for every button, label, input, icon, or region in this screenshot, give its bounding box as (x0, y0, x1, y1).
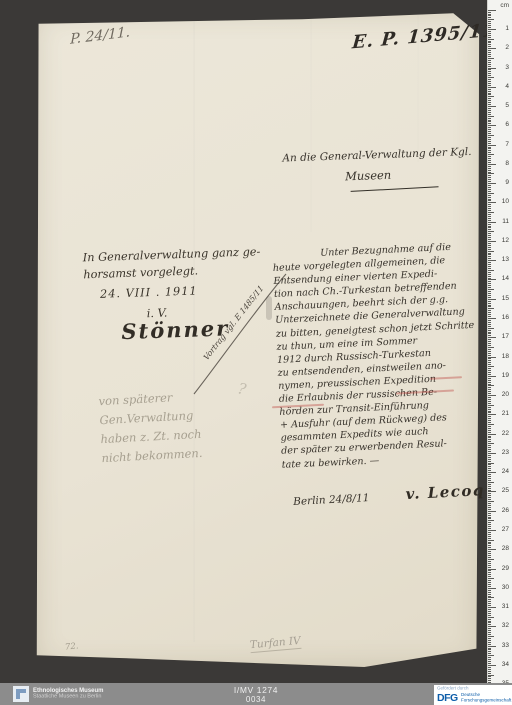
ruler-tick (488, 545, 492, 546)
ruler-tick (488, 249, 492, 250)
ruler-tick (488, 37, 492, 38)
ruler-tick (488, 68, 496, 69)
ruler-tick (488, 94, 492, 95)
ruler-tick (488, 310, 492, 311)
ruler-tick (488, 48, 496, 49)
ruler-tick (488, 590, 492, 591)
ruler-tick (488, 389, 492, 390)
ruler-tick (488, 349, 492, 350)
ruler-tick (488, 237, 492, 238)
ruler-tick (488, 322, 492, 323)
ruler-tick (488, 638, 492, 639)
ruler-number: 15 (502, 295, 509, 303)
ruler-tick (488, 416, 492, 417)
ruler-tick (488, 64, 492, 65)
ruler-number: 13 (502, 256, 509, 264)
ruler-tick (488, 567, 492, 568)
ruler-tick (488, 596, 492, 597)
ruler-tick (488, 214, 492, 215)
dfg-funding-box: Gefördert durch DFG Deutsche Forschungsg… (434, 685, 512, 705)
ruler-tick (488, 330, 492, 331)
ruler-tick (488, 611, 492, 612)
ruler-tick (488, 318, 496, 319)
ruler-tick (488, 351, 492, 352)
ruler-tick (488, 676, 492, 677)
ruler-tick (488, 447, 492, 448)
ruler-number: 2 (505, 44, 509, 52)
ruler-tick (488, 478, 492, 479)
ruler-tick (488, 480, 492, 481)
ruler-tick (488, 287, 492, 288)
ruler-tick (488, 678, 492, 679)
ruler-tick (488, 44, 492, 45)
ruler-tick (488, 586, 492, 587)
ruler-tick (488, 293, 492, 294)
ruler-tick (488, 518, 492, 519)
ruler-tick (488, 71, 492, 72)
ruler-number: 18 (502, 353, 509, 361)
ruler-tick (488, 162, 492, 163)
ruler-tick (488, 380, 492, 381)
ruler-tick (488, 626, 496, 627)
ruler-tick (488, 297, 492, 298)
ruler-tick (488, 663, 492, 664)
ruler-tick (488, 121, 492, 122)
ruler-tick (488, 179, 492, 180)
ruler-number: 9 (505, 179, 509, 187)
ruler-tick (488, 73, 492, 74)
ruler-tick (488, 411, 492, 412)
ruler-tick (488, 253, 492, 254)
ruler-number: 19 (502, 372, 509, 380)
ruler-tick (488, 266, 492, 267)
ruler-tick (488, 208, 492, 209)
ruler-number: 24 (502, 468, 509, 476)
ruler-tick (488, 306, 492, 307)
ruler-tick (488, 374, 492, 375)
ruler-tick (488, 561, 492, 562)
ruler-tick (488, 141, 492, 142)
ruler-tick (488, 127, 492, 128)
ruler-tick (488, 339, 492, 340)
ruler-tick (488, 517, 492, 518)
ruler-tick (488, 276, 492, 277)
ruler-tick (488, 69, 492, 70)
ruler-tick (488, 285, 492, 286)
page-number-pencil: 72. (65, 641, 80, 652)
ruler-tick (488, 91, 492, 92)
ruler-tick (488, 451, 492, 452)
ruler-tick (488, 23, 492, 24)
ruler-tick (488, 75, 492, 76)
ruler-tick (488, 372, 492, 373)
ruler-tick (488, 279, 496, 280)
ruler-tick (488, 56, 492, 57)
ruler-tick (488, 89, 492, 90)
ruler-tick (488, 667, 492, 668)
ruler-tick (488, 224, 492, 225)
ruler-tick (488, 532, 492, 533)
ruler-tick (488, 569, 496, 570)
ruler-tick (488, 347, 494, 348)
ruler-tick (488, 470, 492, 471)
ruler-tick (488, 114, 492, 115)
ruler-tick (488, 622, 492, 623)
ruler-tick (488, 387, 492, 388)
ruler-tick (488, 289, 494, 290)
ruler-tick (488, 158, 492, 159)
ruler-tick (488, 41, 492, 42)
ruler-tick (488, 125, 496, 126)
ruler-tick (488, 108, 492, 109)
ruler-tick (488, 27, 492, 28)
ruler-tick (488, 565, 492, 566)
ruler-tick (488, 426, 492, 427)
ruler-tick (488, 397, 492, 398)
ruler-tick (488, 466, 492, 467)
ruler-tick (488, 493, 492, 494)
ruler-tick (488, 364, 492, 365)
ruler-tick (488, 152, 492, 153)
ruler-tick (488, 274, 492, 275)
ruler-number: 33 (502, 642, 509, 650)
ruler-tick (488, 449, 492, 450)
ruler-tick (488, 62, 492, 63)
ruler-tick (488, 580, 492, 581)
ruler-tick (488, 175, 492, 176)
ruler-tick (488, 509, 492, 510)
ruler-number: 32 (502, 622, 509, 630)
ruler-tick (488, 441, 492, 442)
ruler-tick (488, 588, 496, 589)
ruler-tick (488, 536, 492, 537)
ruler-tick (488, 332, 492, 333)
ruler-tick (488, 204, 492, 205)
ruler-tick (488, 254, 492, 255)
ruler-tick (488, 46, 492, 47)
ruler-number: 3 (505, 64, 509, 72)
ruler-tick (488, 395, 496, 396)
ruler-tick (488, 653, 492, 654)
pencil-note-block: von spätererGen.Verwaltunghaben z. Zt. n… (98, 384, 262, 468)
letter-body: Unter Bezugnahme auf dieheute vorgelegte… (272, 239, 497, 471)
ruler-number: 31 (502, 603, 509, 611)
ruler-tick (488, 428, 492, 429)
ruler-tick (488, 120, 492, 121)
ruler-tick (488, 559, 494, 560)
ruler-tick (488, 401, 492, 402)
ruler-tick (488, 301, 492, 302)
ruler-tick (488, 85, 492, 86)
ruler-tick (488, 200, 492, 201)
ruler-tick (488, 636, 494, 637)
ruler-tick (488, 150, 492, 151)
ruler-tick (488, 376, 496, 377)
ruler-tick (488, 233, 492, 234)
ruler-tick (488, 235, 492, 236)
ruler-tick (488, 439, 492, 440)
ruler-tick (488, 222, 496, 223)
ruler-tick (488, 335, 492, 336)
ruler-tick (488, 247, 492, 248)
ruler-tick (488, 524, 492, 525)
ruler-number: 29 (502, 565, 509, 573)
ruler-tick (488, 358, 492, 359)
ruler-tick (488, 15, 492, 16)
ruler-tick (488, 642, 492, 643)
ruler-tick (488, 262, 492, 263)
ruler-tick (488, 216, 492, 217)
ruler-number: 22 (502, 430, 509, 438)
ruler-tick (488, 166, 492, 167)
ruler-tick (488, 256, 492, 257)
ruler-tick (488, 599, 492, 600)
dfg-name: Deutsche Forschungsgemeinschaft (461, 693, 511, 703)
ruler-tick (488, 21, 492, 22)
ruler-tick (488, 168, 492, 169)
ruler-tick (488, 530, 496, 531)
ruler-tick (488, 295, 492, 296)
ruler-tick (488, 326, 492, 327)
ruler-tick (488, 241, 496, 242)
ruler-tick (488, 291, 492, 292)
ruler-tick (488, 617, 494, 618)
ruler-tick (488, 557, 492, 558)
ruler-tick (488, 202, 496, 203)
ruler-tick (488, 337, 496, 338)
ruler-tick (488, 10, 496, 11)
ruler-tick (488, 646, 496, 647)
ruler-tick (488, 673, 492, 674)
ruler-tick (488, 409, 492, 410)
ruler-tick (488, 14, 492, 15)
ruler-number: 23 (502, 449, 509, 457)
ruler-tick (488, 522, 492, 523)
ruler-tick (488, 495, 492, 496)
ruler-tick (488, 160, 492, 161)
ruler-tick (488, 353, 492, 354)
ruler-tick (488, 511, 496, 512)
ruler-tick (488, 476, 492, 477)
ruler-tick (488, 283, 492, 284)
ruler-tick (488, 173, 494, 174)
ruler-tick (488, 418, 492, 419)
ruler-tick (488, 118, 492, 119)
ruler-number: 34 (502, 661, 509, 669)
ruler-tick (488, 35, 492, 36)
ruler-tick (488, 445, 492, 446)
ruler-tick (488, 54, 492, 55)
ruler-tick (488, 497, 492, 498)
ruler-tick (488, 131, 492, 132)
ruler-tick (488, 172, 492, 173)
ruler-tick (488, 308, 494, 309)
ruler-tick (488, 615, 492, 616)
ruler-tick (488, 52, 492, 53)
dateline: Berlin 24/8/11 (293, 492, 370, 508)
ruler-tick (488, 357, 496, 358)
ruler-tick (488, 270, 494, 271)
ruler-number: 21 (502, 410, 509, 418)
ruler-number: 11 (502, 218, 509, 226)
ruler-tick (488, 621, 492, 622)
ruler-tick (488, 555, 492, 556)
ruler-tick (488, 31, 492, 32)
ruler-tick (488, 66, 492, 67)
ruler-tick (488, 384, 492, 385)
underline-flourish (351, 186, 439, 192)
ruler-tick (488, 243, 492, 244)
ruler-tick (488, 193, 494, 194)
ruler-tick (488, 613, 492, 614)
ruler-tick (488, 98, 492, 99)
ruler-tick (488, 181, 492, 182)
ruler-tick (488, 553, 492, 554)
ruler-tick (488, 520, 494, 521)
ruler-tick (488, 195, 492, 196)
ruler-tick (488, 603, 492, 604)
ruler-tick (488, 110, 492, 111)
ruler-tick (488, 609, 492, 610)
ruler-number: 28 (502, 545, 509, 553)
ruler-tick (488, 264, 492, 265)
ruler-tick (488, 272, 492, 273)
ruler-number: 7 (505, 141, 509, 149)
address-block: An die General-Verwaltung der Kgl. Musee… (282, 146, 484, 200)
ruler-tick (488, 378, 492, 379)
ruler-tick (488, 245, 492, 246)
ruler-tick (488, 424, 494, 425)
ruler-tick (488, 601, 492, 602)
ruler-tick (488, 112, 492, 113)
ruler: cm 1234567891011121314151617181920212223… (487, 0, 512, 705)
ruler-tick (488, 355, 492, 356)
ruler-tick (488, 210, 492, 211)
ruler-tick (488, 649, 492, 650)
ruler-tick (488, 490, 492, 491)
ruler-tick (488, 316, 492, 317)
ruler-tick (488, 93, 492, 94)
ruler-tick (488, 212, 494, 213)
ruler-tick (488, 303, 492, 304)
ruler-tick (488, 503, 492, 504)
dfg-logo-row: DFG Deutsche Forschungsgemeinschaft (437, 692, 512, 704)
scan-viewer: P. 24/11. E. P. 1395/11 An die General-V… (0, 0, 512, 705)
ruler-tick (488, 87, 496, 88)
ruler-tick (488, 185, 492, 186)
ruler-tick (488, 434, 496, 435)
ruler-tick (488, 239, 492, 240)
ruler-tick (488, 488, 492, 489)
ruler-tick (488, 651, 492, 652)
ruler-tick (488, 189, 492, 190)
ruler-tick (488, 102, 492, 103)
ruler-tick (488, 405, 494, 406)
ruler-tick (488, 385, 494, 386)
dfg-logo: DFG (437, 692, 458, 704)
ruler-tick (488, 538, 492, 539)
ruler-tick (488, 260, 496, 261)
ruler-tick (488, 382, 492, 383)
ruler-tick (488, 457, 492, 458)
ruler-tick (488, 436, 492, 437)
ruler-tick (488, 360, 492, 361)
ruler-number: 30 (502, 584, 509, 592)
ruler-tick (488, 644, 492, 645)
ruler-tick (488, 482, 494, 483)
ruler-tick (488, 133, 492, 134)
ruler-number: 17 (502, 333, 509, 341)
ruler-tick (488, 570, 492, 571)
ruler-tick (488, 563, 492, 564)
ruler-tick (488, 145, 496, 146)
ruler-tick (488, 29, 496, 30)
ruler-tick (488, 453, 496, 454)
ruler-tick (488, 362, 492, 363)
ruler-tick (488, 33, 492, 34)
ruler-tick (488, 515, 492, 516)
ruler-tick (488, 412, 492, 413)
ruler-tick (488, 147, 492, 148)
ruler-tick (488, 572, 492, 573)
ruler-tick (488, 227, 492, 228)
ruler-tick (488, 83, 492, 84)
ruler-tick (488, 420, 492, 421)
ruler-tick (488, 368, 492, 369)
ruler-tick (488, 199, 492, 200)
ruler-tick (488, 312, 492, 313)
ruler-number: 10 (502, 198, 509, 206)
ruler-tick (488, 366, 494, 367)
ruler-tick (488, 432, 492, 433)
ruler-tick (488, 60, 492, 61)
ruler-tick (488, 191, 492, 192)
ruler-number: 8 (505, 160, 509, 168)
ruler-tick (488, 468, 492, 469)
ruler-tick (488, 484, 492, 485)
ruler-tick (488, 258, 492, 259)
ruler-tick (488, 183, 496, 184)
ruler-tick (488, 370, 492, 371)
ruler-tick (488, 584, 492, 585)
ruler-tick (488, 430, 492, 431)
ruler-tick (488, 170, 492, 171)
ruler-tick (488, 582, 492, 583)
ruler-tick (488, 393, 492, 394)
ruler-tick (488, 551, 492, 552)
ruler-tick (488, 19, 494, 20)
ruler-tick (488, 197, 492, 198)
ruler-tick (488, 574, 492, 575)
ruler-number: 4 (505, 83, 509, 91)
ruler-unit-label: cm (500, 2, 509, 9)
ruler-tick (488, 229, 492, 230)
ruler-tick (488, 505, 492, 506)
ruler-tick (488, 96, 494, 97)
ruler-tick (488, 464, 492, 465)
ruler-tick (488, 187, 492, 188)
ruler-tick (488, 543, 492, 544)
ruler-tick (488, 135, 494, 136)
ruler-tick (488, 148, 492, 149)
ruler-tick (488, 177, 492, 178)
funding-label: Gefördert durch (437, 686, 505, 691)
ruler-tick (488, 399, 492, 400)
ruler-tick (488, 659, 492, 660)
ruler-number: 20 (502, 391, 509, 399)
ruler-tick (488, 630, 492, 631)
ruler-tick (488, 486, 492, 487)
